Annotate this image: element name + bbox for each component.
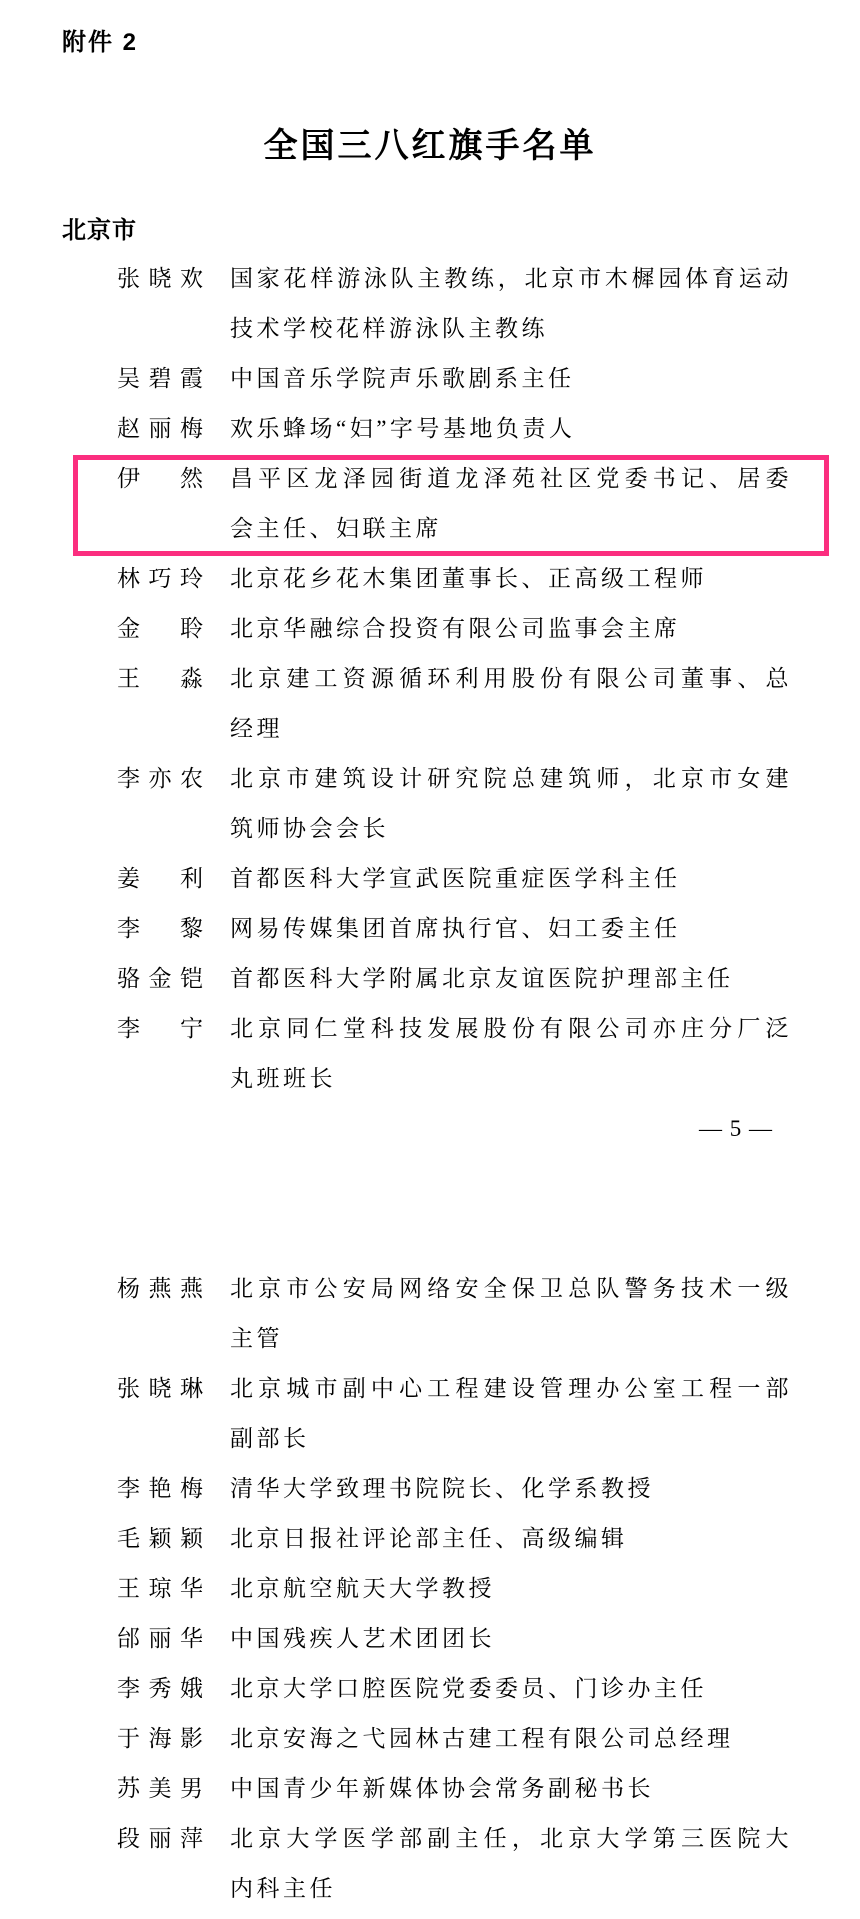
- entry-description-line: 北京航空航天大学教授: [230, 1564, 792, 1614]
- attachment-label: 附件 2: [62, 22, 138, 57]
- list-entry-line: 李 宁北京同仁堂科技发展股份有限公司亦庄分厂泛: [117, 1004, 792, 1054]
- entry-description-line: 北京华融综合投资有限公司监事会主席: [230, 604, 792, 654]
- entry-name: 于海影: [117, 1714, 203, 1764]
- list-entry-line: 段丽萍北京大学医学部副主任，北京大学第三医院大: [117, 1814, 792, 1864]
- list-entry-line: 毛颖颖北京日报社评论部主任、高级编辑: [117, 1514, 792, 1564]
- entry-name: 王 淼: [117, 654, 203, 704]
- entry-name: 邰丽华: [117, 1614, 203, 1664]
- list-entry-line: 经理: [117, 704, 792, 754]
- entry-description-line: 北京大学口腔医院党委委员、门诊办主任: [230, 1664, 792, 1714]
- list-entry-line: 张晓欢国家花样游泳队主教练，北京市木樨园体育运动: [117, 254, 792, 304]
- entry-description-line: 北京花乡花木集团董事长、正高级工程师: [230, 554, 792, 604]
- list-entry-line: 吴碧霞中国音乐学院声乐歌剧系主任: [117, 354, 792, 404]
- list-entry-line: 丸班班长: [117, 1054, 792, 1104]
- list-entry-line: 筑师协会会长: [117, 804, 792, 854]
- list-entry-line: 林巧玲北京花乡花木集团董事长、正高级工程师: [117, 554, 792, 604]
- entry-name: 李亦农: [117, 754, 203, 804]
- list-entry-line: 王 淼北京建工资源循环利用股份有限公司董事、总: [117, 654, 792, 704]
- entry-description-line: 中国青少年新媒体协会常务副秘书长: [230, 1764, 792, 1814]
- entry-description-line: 中国音乐学院声乐歌剧系主任: [230, 354, 792, 404]
- list-entry-line: 于海影北京安海之弋园林古建工程有限公司总经理: [117, 1714, 792, 1764]
- list-entry-line: 张晓琳北京城市副中心工程建设管理办公室工程一部: [117, 1364, 792, 1414]
- entry-description-line: 北京日报社评论部主任、高级编辑: [230, 1514, 792, 1564]
- entry-description-line: 欢乐蜂场“妇”字号基地负责人: [230, 404, 792, 454]
- list-entry-line: 李秀娥北京大学口腔医院党委委员、门诊办主任: [117, 1664, 792, 1714]
- entry-name: 伊 然: [117, 454, 203, 504]
- list-entry-line: 杨燕燕北京市公安局网络安全保卫总队警务技术一级: [117, 1264, 792, 1314]
- entry-description-line: 会主任、妇联主席: [230, 504, 792, 554]
- list-entry-line: 会主任、妇联主席: [117, 504, 792, 554]
- entry-description-line: 经理: [230, 704, 792, 754]
- entry-description-line: 清华大学致理书院院长、化学系教授: [230, 1464, 792, 1514]
- list-entry-line: 副部长: [117, 1414, 792, 1464]
- entry-description-line: 北京城市副中心工程建设管理办公室工程一部: [230, 1364, 792, 1414]
- entry-description-line: 北京市建筑设计研究院总建筑师，北京市女建: [230, 754, 792, 804]
- entry-description-line: 北京安海之弋园林古建工程有限公司总经理: [230, 1714, 792, 1764]
- entry-description-line: 国家花样游泳队主教练，北京市木樨园体育运动: [230, 254, 792, 304]
- entry-name: 姜 利: [117, 854, 203, 904]
- entry-name: 张晓欢: [117, 254, 203, 304]
- entry-description-line: 网易传媒集团首席执行官、妇工委主任: [230, 904, 792, 954]
- entry-description-line: 主管: [230, 1314, 792, 1364]
- list-entry-line: 内科主任: [117, 1864, 792, 1914]
- entry-name: 骆金铠: [117, 954, 203, 1004]
- entry-name: 段丽萍: [117, 1814, 203, 1864]
- list-entry-line: 金 聆北京华融综合投资有限公司监事会主席: [117, 604, 792, 654]
- entry-name: 吴碧霞: [117, 354, 203, 404]
- list-entry-line: 骆金铠首都医科大学附属北京友谊医院护理部主任: [117, 954, 792, 1004]
- list-entry-line: 李 黎网易传媒集团首席执行官、妇工委主任: [117, 904, 792, 954]
- entry-name: 苏美男: [117, 1764, 203, 1814]
- entry-name: 金 聆: [117, 604, 203, 654]
- list-entry-line: 王琼华北京航空航天大学教授: [117, 1564, 792, 1614]
- entry-description-line: 丸班班长: [230, 1054, 792, 1104]
- page-number: — 5 —: [699, 1104, 773, 1154]
- entry-description-line: 北京同仁堂科技发展股份有限公司亦庄分厂泛: [230, 1004, 792, 1054]
- entry-description-line: 北京建工资源循环利用股份有限公司董事、总: [230, 654, 792, 704]
- entry-description-line: 北京市公安局网络安全保卫总队警务技术一级: [230, 1264, 792, 1314]
- list-entry-line: 李亦农北京市建筑设计研究院总建筑师，北京市女建: [117, 754, 792, 804]
- list-entry-line: 李艳梅清华大学致理书院院长、化学系教授: [117, 1464, 792, 1514]
- list-entry-line: 赵丽梅欢乐蜂场“妇”字号基地负责人: [117, 404, 792, 454]
- page-title: 全国三八红旗手名单: [0, 118, 860, 167]
- list-entry-line: 姜 利首都医科大学宣武医院重症医学科主任: [117, 854, 792, 904]
- entry-description-line: 副部长: [230, 1414, 792, 1464]
- entry-name: 林巧玲: [117, 554, 203, 604]
- entry-description-line: 昌平区龙泽园街道龙泽苑社区党委书记、居委: [230, 454, 792, 504]
- entry-name: 张晓琳: [117, 1364, 203, 1414]
- entry-description-line: 中国残疾人艺术团团长: [230, 1614, 792, 1664]
- entry-name: 李 宁: [117, 1004, 203, 1054]
- entry-name: 赵丽梅: [117, 404, 203, 454]
- list-entry-line: 苏美男中国青少年新媒体协会常务副秘书长: [117, 1764, 792, 1814]
- list-entry-line: 邰丽华中国残疾人艺术团团长: [117, 1614, 792, 1664]
- list-entry-line: 技术学校花样游泳队主教练: [117, 304, 792, 354]
- entry-description-line: 技术学校花样游泳队主教练: [230, 304, 792, 354]
- entry-description-line: 内科主任: [230, 1864, 792, 1914]
- entry-name: 李 黎: [117, 904, 203, 954]
- region-heading-beijing: 北京市: [62, 210, 137, 245]
- entry-name: 毛颖颖: [117, 1514, 203, 1564]
- document-page: 附件 2 全国三八红旗手名单 北京市 张晓欢国家花样游泳队主教练，北京市木樨园体…: [0, 0, 860, 1919]
- entry-name: 李秀娥: [117, 1664, 203, 1714]
- entry-description-line: 首都医科大学附属北京友谊医院护理部主任: [230, 954, 792, 1004]
- entry-description-line: 筑师协会会长: [230, 804, 792, 854]
- list-entry-line: 主管: [117, 1314, 792, 1364]
- entry-name: 李艳梅: [117, 1464, 203, 1514]
- list-entry-line: 伊 然昌平区龙泽园街道龙泽苑社区党委书记、居委: [117, 454, 792, 504]
- entry-name: 王琼华: [117, 1564, 203, 1614]
- entry-description-line: 北京大学医学部副主任，北京大学第三医院大: [230, 1814, 792, 1864]
- entry-description-line: 首都医科大学宣武医院重症医学科主任: [230, 854, 792, 904]
- entry-name: 杨燕燕: [117, 1264, 203, 1314]
